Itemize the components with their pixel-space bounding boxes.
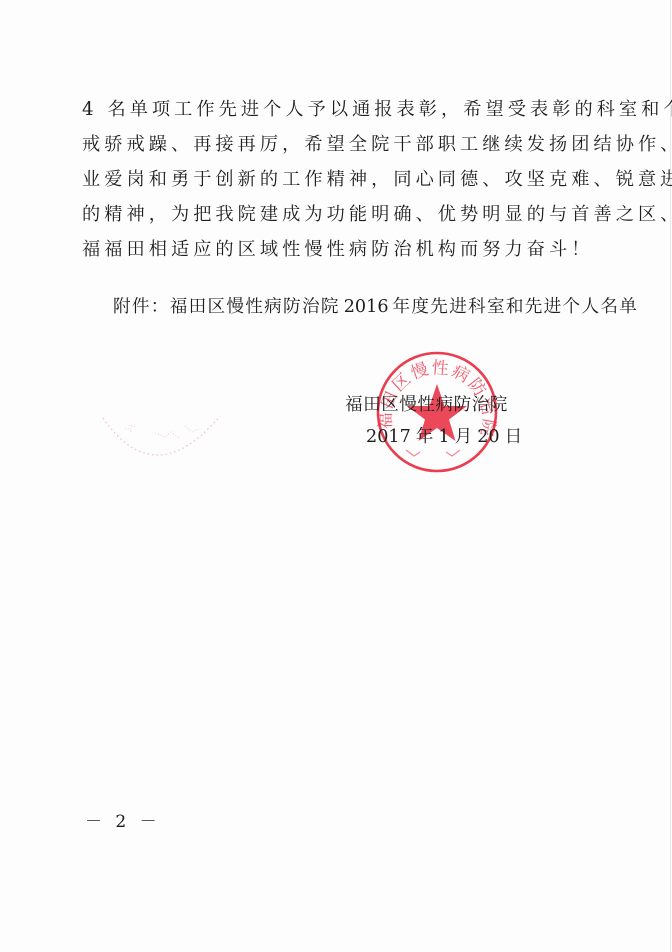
date-month-unit: 月 xyxy=(455,427,473,447)
signature-date: 2017年1月20日 xyxy=(366,420,527,454)
attachment-suffix: 年度先进科室和先进个人名单 xyxy=(393,297,639,317)
body-line: 业爱岗和勇于创新的工作精神，同心同德、攻坚克难、锐意进取 xyxy=(82,162,582,197)
date-day: 20 xyxy=(477,427,499,447)
attachment-prefix: 福田区慢性病防治院 xyxy=(170,297,340,317)
page-number: － 2 － xyxy=(85,807,161,837)
body-line: 戒骄戒躁、再接再厉，希望全院干部职工继续发扬团结协作、敬 xyxy=(82,127,582,162)
document-page: 4 名单项工作先进个人予以通报表彰，希望受表彰的科室和个人 戒骄戒躁、再接再厉，… xyxy=(0,0,672,952)
body-line: 4 名单项工作先进个人予以通报表彰，希望受表彰的科室和个人 xyxy=(82,92,582,127)
date-year: 2017 xyxy=(366,427,411,447)
faded-stamp-icon xyxy=(95,398,230,478)
date-month: 1 xyxy=(438,427,449,447)
body-paragraph: 4 名单项工作先进个人予以通报表彰，希望受表彰的科室和个人 戒骄戒躁、再接再厉，… xyxy=(82,92,582,267)
body-line: 福福田相适应的区域性慢性病防治机构而努力奋斗！ xyxy=(82,232,582,267)
attachment-line: 附件：福田区慢性病防治院2016年度先进科室和先进个人名单 xyxy=(113,290,638,325)
body-line: 的精神，为把我院建成为功能明确、优势明显的与首善之区、幸 xyxy=(82,197,582,232)
date-day-unit: 日 xyxy=(505,427,523,447)
signature-organization: 福田区慢性病防治院 xyxy=(345,388,508,422)
attachment-label: 附件： xyxy=(113,297,170,317)
attachment-year: 2016 xyxy=(344,297,389,317)
date-year-unit: 年 xyxy=(416,427,434,447)
